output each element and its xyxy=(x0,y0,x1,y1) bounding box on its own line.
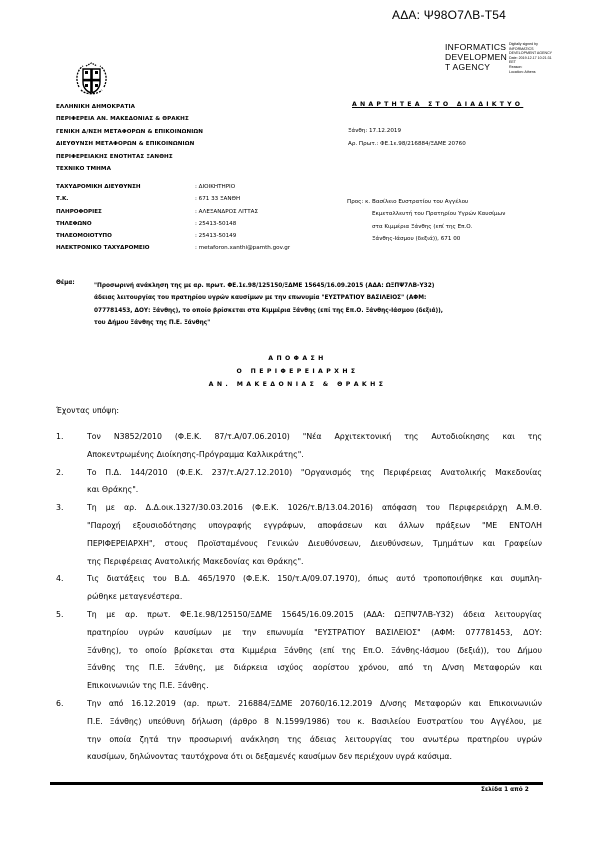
item-line: Ξάνθης της Π.Ε. Ξάνθης, με διάρκεια ισχύ… xyxy=(87,659,542,677)
item-number: 5. xyxy=(56,606,87,695)
contact-value: : ΑΛΕΞΑΝΔΡΟΣ ΛΙΤΤΑΣ xyxy=(195,206,258,218)
subject-line: "Προσωρινή ανάκληση της με αρ. πρωτ. ΦΕ.… xyxy=(94,280,549,292)
contact-value: : 25413-50148 xyxy=(195,218,236,230)
recipient-line: Εκμεταλλευτή του Πρατηρίου Υγρών Καυσίμω… xyxy=(347,208,505,220)
item-line: ΠΕΡΙΦΕΡΕΙΑΡΧΗ", στους Προϊσταμένους Γενι… xyxy=(87,535,542,553)
item-line: καυσίμων, δηλώνοντας ταυτόχρονα ότι οι δ… xyxy=(87,748,542,766)
contact-label: ΤΗΛΕΦΩΝΟ xyxy=(56,218,195,230)
item-number: 1. xyxy=(56,428,87,464)
authority-line: ΤΕΧΝΙΚΟ ΤΜΗΜΑ xyxy=(56,163,203,175)
contact-row: Τ.Κ. : 671 33 ΞΑΝΘΗ xyxy=(56,193,290,205)
contact-row: ΤΑΧΥΔΡΟΜΙΚΗ ΔΙΕΥΘΥΝΣΗ : ΔΙΟΙΚΗΤΗΡΙΟ xyxy=(56,181,290,193)
item-number: 3. xyxy=(56,499,87,570)
signature-stamp-title: INFORMATICS DEVELOPMEN T AGENCY xyxy=(445,42,507,72)
decision-region: ΑΝ. ΜΑΚΕΔΟΝΙΑΣ & ΘΡΑΚΗΣ xyxy=(0,378,595,391)
item-number: 6. xyxy=(56,695,87,766)
contact-row: ΗΛΕΚΤΡΟΝΙΚΟ ΤΑΧΥΔΡΟΜΕΙΟ : metaforon.xant… xyxy=(56,242,290,254)
item-text: Την από 16.12.2019 (αρ. πρωτ. 216884/ΞΔΜ… xyxy=(87,695,542,766)
list-item: 3. Τη με αρ. Δ.Δ.οικ.1327/30.03.2016 (Φ.… xyxy=(56,499,542,570)
subject-label: Θέμα: xyxy=(56,280,75,286)
item-line: ρώθηκε μεταγενέστερα. xyxy=(87,588,542,606)
footer-divider xyxy=(50,782,543,785)
item-line: Την από 16.12.2019 (αρ. πρωτ. 216884/ΞΔΜ… xyxy=(87,695,542,713)
contact-label: Τ.Κ. xyxy=(56,193,195,205)
signature-stamp-meta: Digitally signed by INFORMATICS DEVELOPM… xyxy=(509,42,552,74)
contact-label: ΤΑΧΥΔΡΟΜΙΚΗ ΔΙΕΥΘΥΝΣΗ xyxy=(56,181,195,193)
post-online-notice: ΑΝΑΡΤΗΤΕΑ ΣΤΟ ΔΙΑΔΙΚΤΥΟ xyxy=(352,101,523,108)
item-text: Τις διατάξεις του Β.Δ. 465/1970 (Φ.Ε.Κ. … xyxy=(87,570,542,606)
decision-title: ΑΠΟΦΑΣΗ xyxy=(0,352,595,365)
decision-authority: Ο ΠΕΡΙΦΕΡΕΙΑΡΧΗΣ xyxy=(0,365,595,378)
stamp-meta-line: Location: Athens xyxy=(509,70,552,75)
recipient-line: Ξάνθης-Ιάσμου (δεξιά)), 671 00 xyxy=(347,233,505,245)
item-line: Αποκεντρωμένης Διοίκησης-Πρόγραμμα Καλλι… xyxy=(87,446,542,464)
item-number: 2. xyxy=(56,464,87,500)
item-text: Τη με αρ. Δ.Δ.οικ.1327/30.03.2016 (Φ.Ε.Κ… xyxy=(87,499,542,570)
item-line: Ξάνθης), το οποίο βρίσκεται στα Κιμμέρια… xyxy=(87,642,542,660)
page-number: Σελίδα 1 από 2 xyxy=(481,787,529,793)
recipient-line: Προς: κ. Βασίλειο Ευστρατίου του Αγγέλου xyxy=(347,196,505,208)
contact-value: : 671 33 ΞΑΝΘΗ xyxy=(195,193,240,205)
authority-line: ΠΕΡΙΦΕΡΕΙΑΚΗΣ ΕΝΟΤΗΤΑΣ ΞΑΝΘΗΣ xyxy=(56,151,203,163)
authority-line: ΠΕΡΙΦΕΡΕΙΑ ΑΝ. ΜΑΚΕΔΟΝΙΑΣ & ΘΡΑΚΗΣ xyxy=(56,113,203,125)
considerations-list: 1. Τον Ν3852/2010 (Φ.Ε.Κ. 87/τ.Α/07.06.2… xyxy=(56,428,542,766)
list-item: 4. Τις διατάξεις του Β.Δ. 465/1970 (Φ.Ε.… xyxy=(56,570,542,606)
considerations-intro: Έχοντας υπόψη: xyxy=(56,406,119,415)
contact-value: : 25413-50149 xyxy=(195,230,236,242)
protocol-number: Αρ. Πρωτ.: ΦΕ.1ε.98/216884/ΞΔΜΕ 20760 xyxy=(348,138,466,151)
contact-label: ΗΛΕΚΤΡΟΝΙΚΟ ΤΑΧΥΔΡΟΜΕΙΟ xyxy=(56,242,195,254)
subject-text: "Προσωρινή ανάκληση της με αρ. πρωτ. ΦΕ.… xyxy=(94,280,549,330)
item-line: Π.Ε. Ξάνθης) υπεύθυνη δήλωση (άρθρο 8 Ν.… xyxy=(87,713,542,731)
item-line: και Θράκης". xyxy=(87,481,542,499)
issuing-authority: ΕΛΛΗΝΙΚΗ ΔΗΜΟΚΡΑΤΙΑ ΠΕΡΙΦΕΡΕΙΑ ΑΝ. ΜΑΚΕΔ… xyxy=(56,101,203,175)
item-line: της Περιφέρειας Ανατολικής Μακεδονίας κα… xyxy=(87,553,542,571)
document-date: Ξάνθη: 17.12.2019 xyxy=(348,125,466,138)
subject-line: άδειας λειτουργίας του πρατηρίου υγρών κ… xyxy=(94,292,549,304)
item-number: 4. xyxy=(56,570,87,606)
item-line: Το Π.Δ. 144/2010 (Φ.Ε.Κ. 237/τ.Α/27.12.2… xyxy=(87,464,542,482)
item-text: Τη με αρ. πρωτ. ΦΕ.1ε.98/125150/ΞΔΜΕ 156… xyxy=(87,606,542,695)
contact-label: ΤΗΛΕΟΜΟΙΟΤΥΠΟ xyxy=(56,230,195,242)
authority-line: ΓΕΝΙΚΗ Δ/ΝΣΗ ΜΕΤΑΦΟΡΩΝ & ΕΠΙΚΟΙΝΩΝΙΩΝ xyxy=(56,126,203,138)
contact-row: ΠΛΗΡΟΦΟΡΙΕΣ : ΑΛΕΞΑΝΔΡΟΣ ΛΙΤΤΑΣ xyxy=(56,206,290,218)
stamp-title-line: INFORMATICS xyxy=(445,42,507,52)
item-line: την οποία ζητά την προσωρινή ανάκληση τη… xyxy=(87,731,542,749)
contact-value: : ΔΙΟΙΚΗΤΗΡΙΟ xyxy=(195,181,235,193)
subject-line: 077781453, ΔΟΥ: Ξάνθης), το οποίο βρίσκε… xyxy=(94,305,549,317)
recipient-block: Προς: κ. Βασίλειο Ευστρατίου του Αγγέλου… xyxy=(347,196,505,246)
contact-label: ΠΛΗΡΟΦΟΡΙΕΣ xyxy=(56,206,195,218)
ada-code: ΑΔΑ: Ψ98Ο7ΛΒ-Τ54 xyxy=(392,8,506,22)
item-line: "Παροχή εξουσιοδότησης υπογραφής εγγράφω… xyxy=(87,517,542,535)
item-line: Τον Ν3852/2010 (Φ.Ε.Κ. 87/τ.Α/07.06.2010… xyxy=(87,428,542,446)
list-item: 5. Τη με αρ. πρωτ. ΦΕ.1ε.98/125150/ΞΔΜΕ … xyxy=(56,606,542,695)
item-text: Τον Ν3852/2010 (Φ.Ε.Κ. 87/τ.Α/07.06.2010… xyxy=(87,428,542,464)
contact-email[interactable]: : metaforon.xanthi@pamth.gov.gr xyxy=(195,242,290,254)
authority-line: ΕΛΛΗΝΙΚΗ ΔΗΜΟΚΡΑΤΙΑ xyxy=(56,101,203,113)
stamp-title-line: DEVELOPMEN xyxy=(445,52,507,62)
contact-info: ΤΑΧΥΔΡΟΜΙΚΗ ΔΙΕΥΘΥΝΣΗ : ΔΙΟΙΚΗΤΗΡΙΟ Τ.Κ.… xyxy=(56,181,290,255)
item-line: πρατηρίου υγρών καυσίμων με την επωνυμία… xyxy=(87,624,542,642)
contact-row: ΤΗΛΕΟΜΟΙΟΤΥΠΟ : 25413-50149 xyxy=(56,230,290,242)
authority-line: ΔΙΕΥΘΥΝΣΗ ΜΕΤΑΦΟΡΩΝ & ΕΠΙΚΟΙΝΩΝΙΩΝ xyxy=(56,138,203,150)
item-text: Το Π.Δ. 144/2010 (Φ.Ε.Κ. 237/τ.Α/27.12.2… xyxy=(87,464,542,500)
subject-line: του Δήμου Ξάνθης της Π.Ε. Ξάνθης" xyxy=(94,317,549,329)
list-item: 2. Το Π.Δ. 144/2010 (Φ.Ε.Κ. 237/τ.Α/27.1… xyxy=(56,464,542,500)
list-item: 1. Τον Ν3852/2010 (Φ.Ε.Κ. 87/τ.Α/07.06.2… xyxy=(56,428,542,464)
item-line: Επικοινωνιών της Π.Ε. Ξάνθης. xyxy=(87,677,542,695)
item-line: Τη με αρ. πρωτ. ΦΕ.1ε.98/125150/ΞΔΜΕ 156… xyxy=(87,606,542,624)
item-line: Τις διατάξεις του Β.Δ. 465/1970 (Φ.Ε.Κ. … xyxy=(87,570,542,588)
date-protocol: Ξάνθη: 17.12.2019 Αρ. Πρωτ.: ΦΕ.1ε.98/21… xyxy=(348,125,466,150)
greek-emblem-icon xyxy=(73,61,110,98)
decision-heading: ΑΠΟΦΑΣΗ Ο ΠΕΡΙΦΕΡΕΙΑΡΧΗΣ ΑΝ. ΜΑΚΕΔΟΝΙΑΣ … xyxy=(0,352,595,391)
recipient-line: στα Κιμμέρια Ξάνθης (επί της Επ.Ο. xyxy=(347,221,505,233)
stamp-title-line: T AGENCY xyxy=(445,62,507,72)
contact-row: ΤΗΛΕΦΩΝΟ : 25413-50148 xyxy=(56,218,290,230)
item-line: Τη με αρ. Δ.Δ.οικ.1327/30.03.2016 (Φ.Ε.Κ… xyxy=(87,499,542,517)
list-item: 6. Την από 16.12.2019 (αρ. πρωτ. 216884/… xyxy=(56,695,542,766)
